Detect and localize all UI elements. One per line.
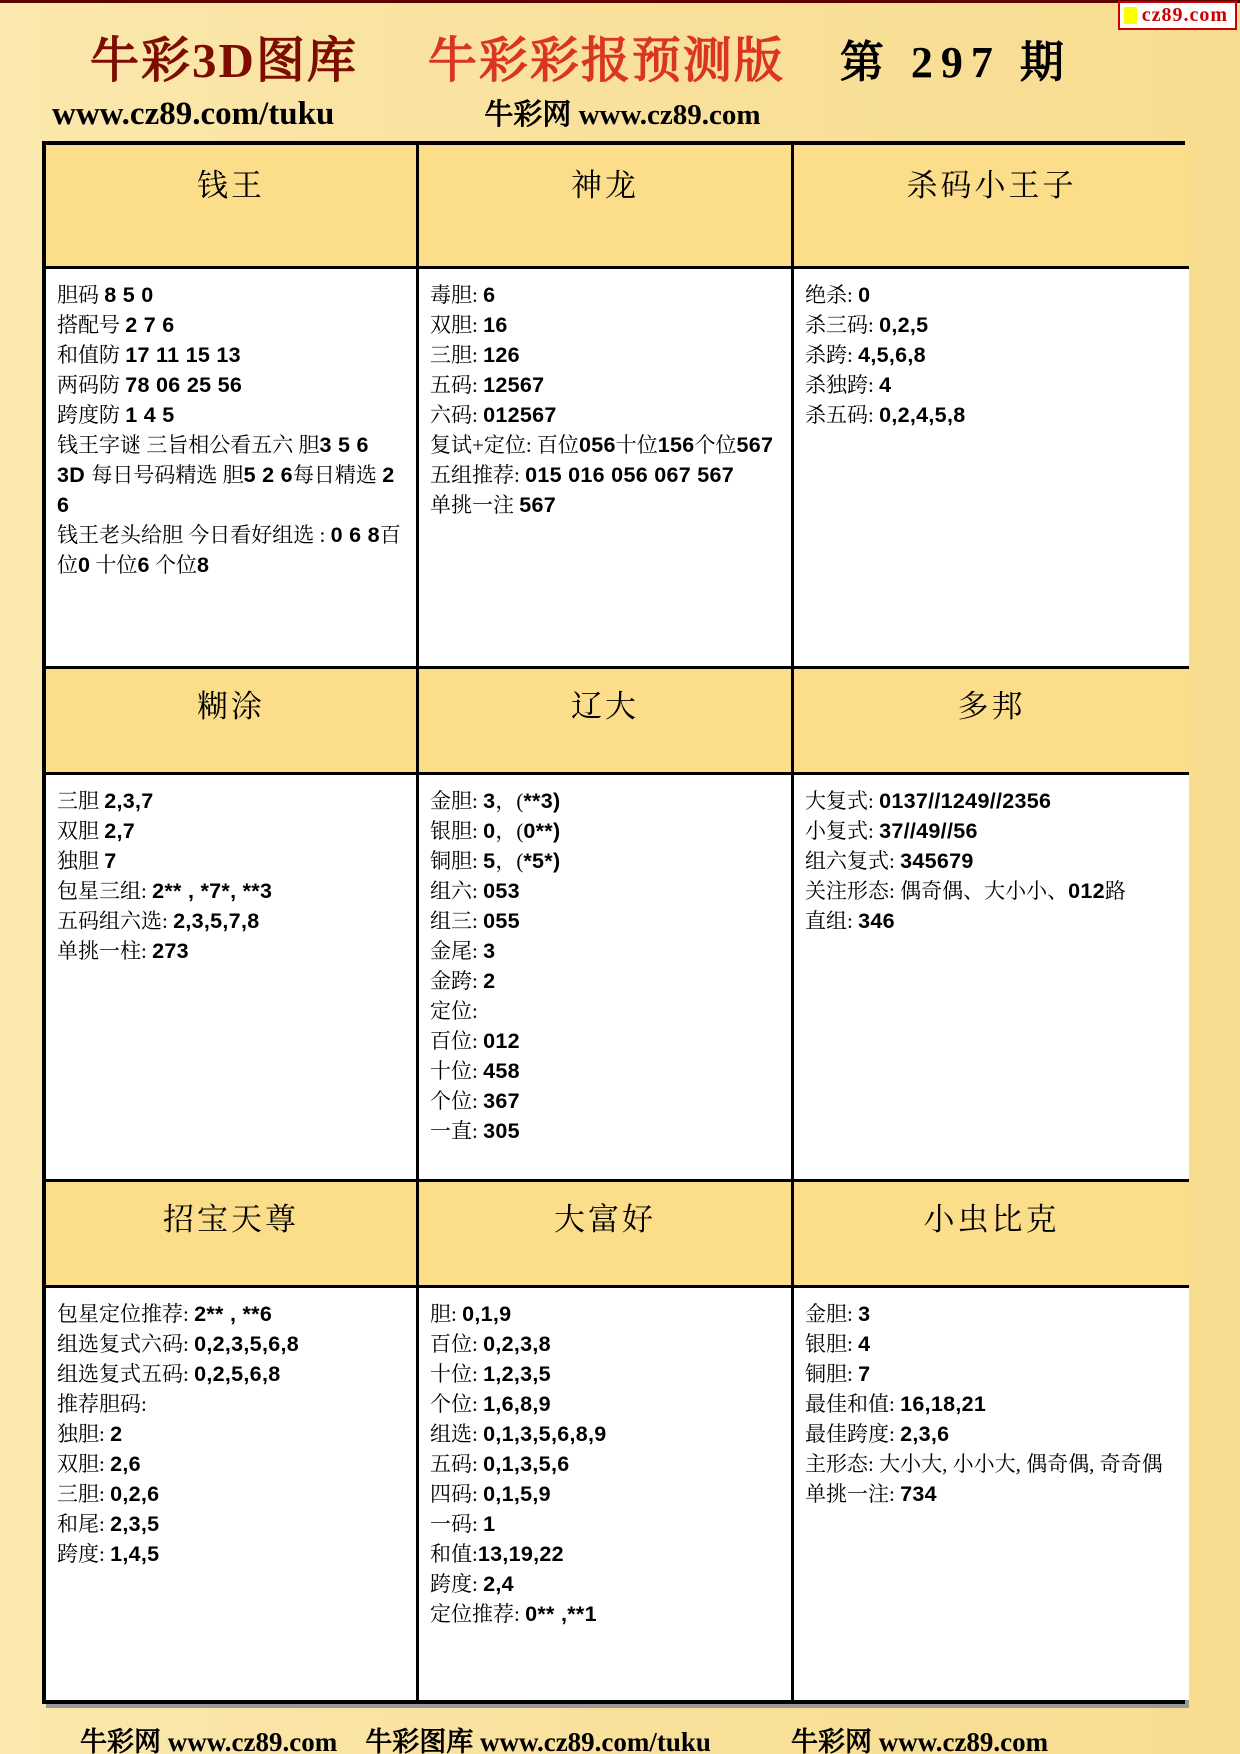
prediction-value: 346 [858, 909, 895, 933]
prediction-line: 胆码 8 5 0 [57, 280, 408, 310]
section-body: 毒胆: 6双胆: 16三胆: 126五码: 12567六码: 012567复试+… [419, 269, 791, 666]
prediction-label: 跨度: [57, 1542, 110, 1566]
prediction-value: 0 6 8 [331, 523, 380, 547]
badge-square-icon [1124, 7, 1137, 24]
prediction-label: 杀五码: [805, 403, 879, 427]
prediction-label: 四码: [430, 1482, 483, 1506]
prediction-label: 组六复式: [805, 849, 900, 873]
prediction-line: 最佳和值: 16,18,21 [805, 1389, 1181, 1419]
prediction-line: 组选复式五码: 0,2,5,6,8 [57, 1359, 408, 1389]
prediction-value: 0 [78, 553, 90, 577]
prediction-label: 银胆: [430, 819, 483, 843]
prediction-label: 杀三码: [805, 313, 879, 337]
prediction-value: 8 5 0 [104, 283, 153, 307]
prediction-value: 1 [483, 1512, 495, 1536]
prediction-line: 银胆: 4 [805, 1329, 1181, 1359]
prediction-line: 单挑一柱: 273 [57, 936, 408, 966]
prediction-line: 一码: 1 [430, 1509, 783, 1539]
prediction-value: 056 [579, 433, 616, 457]
prediction-label: 和尾: [57, 1512, 110, 1536]
section-body: 金胆: 3银胆: 4铜胆: 7最佳和值: 16,18,21最佳跨度: 2,3,6… [794, 1288, 1189, 1700]
prediction-value: 6 [138, 553, 150, 577]
section-shenlong: 神龙毒胆: 6双胆: 16三胆: 126五码: 12567六码: 012567复… [419, 145, 794, 669]
prediction-value: 0137//1249//2356 [879, 789, 1051, 813]
prediction-label: 推荐胆码: [57, 1392, 147, 1416]
prediction-line: 绝杀: 0 [805, 280, 1181, 310]
section-zhaobao-tianzun: 招宝天尊包星定位推荐: 2** , **6组选复式六码: 0,2,3,5,6,8… [46, 1182, 419, 1700]
prediction-label: 双胆 [57, 819, 104, 843]
prediction-label: 和值防 [57, 343, 125, 367]
prediction-label: 五码: [430, 1452, 483, 1476]
prediction-value: 78 06 25 56 [125, 373, 242, 397]
prediction-label: 十位: [430, 1362, 483, 1386]
tuku-url: www.cz89.com/tuku [52, 96, 334, 133]
prediction-value: 2,4 [483, 1572, 514, 1596]
prediction-value: 2,6 [110, 1452, 141, 1476]
prediction-label: 绝杀: [805, 283, 858, 307]
prediction-value: 8 [197, 553, 209, 577]
prediction-line: 铜胆: 5，(*5*) [430, 846, 783, 876]
prediction-value: 734 [900, 1482, 937, 1506]
prediction-value: *5*) [523, 849, 560, 873]
section-body: 金胆: 3，(**3)银胆: 0，(0**)铜胆: 5，(*5*)组六: 053… [419, 775, 791, 1179]
prediction-value: 305 [483, 1119, 520, 1143]
prediction-line: 四码: 0,1,5,9 [430, 1479, 783, 1509]
prediction-value: 0,2,3,5,6,8 [194, 1332, 299, 1356]
prediction-label: 大复式: [805, 789, 879, 813]
prediction-line: 金跨: 2 [430, 966, 783, 996]
prediction-line: 直组: 346 [805, 906, 1181, 936]
prediction-line: 金胆: 3 [805, 1299, 1181, 1329]
prediction-label: 组六: [430, 879, 483, 903]
prediction-label: 三胆 [57, 789, 104, 813]
section-body: 大复式: 0137//1249//2356小复式: 37//49//56组六复式… [794, 775, 1189, 1179]
section-header: 糊涂 [46, 669, 416, 775]
section-body: 三胆 2,3,7双胆 2,7独胆 7包星三组: 2** , *7*, **3五码… [46, 775, 416, 1179]
section-hutu: 糊涂三胆 2,3,7双胆 2,7独胆 7包星三组: 2** , *7*, **3… [46, 669, 419, 1182]
prediction-line: 3D 每日号码精选 胆5 2 6每日精选 2 6 [57, 460, 408, 520]
prediction-label: 双胆: [57, 1452, 110, 1476]
prediction-label: 个位 [695, 433, 737, 457]
footer-link-2: 牛彩图库 www.cz89.com/tuku [365, 1720, 711, 1754]
section-title: 神龙 [571, 168, 639, 203]
prediction-value: 0,2,5,6,8 [194, 1362, 280, 1386]
prediction-line: 包星定位推荐: 2** , **6 [57, 1299, 408, 1329]
prediction-value: 273 [152, 939, 189, 963]
prediction-line: 五码组六选: 2,3,5,7,8 [57, 906, 408, 936]
prediction-line: 金胆: 3，(**3) [430, 786, 783, 816]
prediction-label: 两码防 [57, 373, 125, 397]
prediction-line: 三胆 2,3,7 [57, 786, 408, 816]
section-title: 大富好 [554, 1202, 656, 1237]
prediction-label: 个位 [150, 553, 197, 577]
prediction-line: 跨度: 1,4,5 [57, 1539, 408, 1569]
subtitle-row: www.cz89.com/tuku 牛彩网 www.cz89.com [52, 92, 1240, 133]
prediction-label: 金胆: [805, 1302, 858, 1326]
prediction-label: 最佳跨度: [805, 1422, 900, 1446]
prediction-value: 0,2,4,5,8 [879, 403, 965, 427]
prediction-label: 五码组六选: [57, 909, 173, 933]
section-title: 钱王 [197, 168, 265, 203]
prediction-line: 定位推荐: 0** ,**1 [430, 1599, 783, 1629]
prediction-line: 三胆: 0,2,6 [57, 1479, 408, 1509]
prediction-value: 1,2,3,5 [483, 1362, 551, 1386]
site-url: 牛彩网 www.cz89.com [484, 92, 760, 133]
prediction-line: 组六: 053 [430, 876, 783, 906]
prediction-line: 铜胆: 7 [805, 1359, 1181, 1389]
prediction-value: 3 [483, 789, 495, 813]
prediction-value: 2 [110, 1422, 122, 1446]
page-header: 牛彩3D图库 牛彩彩报预测版 第 297 期 www.cz89.com/tuku… [0, 0, 1240, 133]
prediction-value: 2** , *7*, **3 [152, 879, 272, 903]
prediction-line: 和尾: 2,3,5 [57, 1509, 408, 1539]
prediction-line: 杀三码: 0,2,5 [805, 310, 1181, 340]
prediction-label: 十位 [616, 433, 658, 457]
prediction-value: 6 [483, 283, 495, 307]
prediction-value: 015 016 056 067 567 [525, 463, 734, 487]
prediction-label: 组三: [430, 909, 483, 933]
prediction-label: 五组推荐: [430, 463, 525, 487]
prediction-line: 杀独跨: 4 [805, 370, 1181, 400]
prediction-label: 和值: [430, 1542, 478, 1566]
prediction-value: 012 [483, 1029, 520, 1053]
site-title: 牛彩3D图库 [90, 22, 358, 92]
prediction-value: 17 11 15 13 [125, 343, 241, 367]
prediction-label: 包星三组: [57, 879, 152, 903]
prediction-value: 367 [483, 1089, 520, 1113]
prediction-label: 个位: [430, 1089, 483, 1113]
prediction-line: 个位: 367 [430, 1086, 783, 1116]
prediction-line: 复试+定位: 百位056十位156个位567 [430, 430, 783, 460]
prediction-line: 个位: 1,6,8,9 [430, 1389, 783, 1419]
prediction-line: 小复式: 37//49//56 [805, 816, 1181, 846]
prediction-label: ，( [495, 789, 523, 813]
title-row: 牛彩3D图库 牛彩彩报预测版 第 297 期 [90, 22, 1240, 92]
prediction-line: 杀跨: 4,5,6,8 [805, 340, 1181, 370]
prediction-line: 组选: 0,1,3,5,6,8,9 [430, 1419, 783, 1449]
prediction-line: 主形态: 大小大, 小小大, 偶奇偶, 奇奇偶 [805, 1449, 1181, 1479]
prediction-line: 推荐胆码: [57, 1389, 408, 1419]
prediction-line: 十位: 1,2,3,5 [430, 1359, 783, 1389]
prediction-line: 五码: 12567 [430, 370, 783, 400]
prediction-value: 156 [658, 433, 695, 457]
prediction-label: 一码: [430, 1512, 483, 1536]
section-header: 辽大 [419, 669, 791, 775]
prediction-label: 金跨: [430, 969, 483, 993]
prediction-value: 1,4,5 [110, 1542, 159, 1566]
prediction-label: 六码: [430, 403, 483, 427]
section-xiaochong-bike: 小虫比克金胆: 3银胆: 4铜胆: 7最佳和值: 16,18,21最佳跨度: 2… [794, 1182, 1189, 1700]
prediction-label: ，( [495, 849, 523, 873]
prediction-line: 大复式: 0137//1249//2356 [805, 786, 1181, 816]
prediction-label: 银胆: [805, 1332, 858, 1356]
prediction-label: 直组: [805, 909, 858, 933]
prediction-value: 3 5 6 [320, 433, 369, 457]
section-header: 钱王 [46, 145, 416, 269]
prediction-line: 钱王字谜 三旨相公看五六 胆3 5 6 [57, 430, 408, 460]
prediction-line: 最佳跨度: 2,3,6 [805, 1419, 1181, 1449]
section-title: 辽大 [571, 689, 639, 724]
prediction-line: 三胆: 126 [430, 340, 783, 370]
prediction-line: 组选复式六码: 0,2,3,5,6,8 [57, 1329, 408, 1359]
prediction-line: 胆: 0,1,9 [430, 1299, 783, 1329]
section-title: 招宝天尊 [163, 1202, 299, 1237]
prediction-label: 十位: [430, 1059, 483, 1083]
prediction-value: 16,18,21 [900, 1392, 986, 1416]
prediction-value: 13,19,22 [478, 1542, 564, 1566]
prediction-label: 最佳和值: [805, 1392, 900, 1416]
prediction-label: 组选: [430, 1422, 483, 1446]
prediction-value: 37//49//56 [879, 819, 978, 843]
prediction-label: 金尾: [430, 939, 483, 963]
prediction-line: 毒胆: 6 [430, 280, 783, 310]
prediction-label: 铜胆: [805, 1362, 858, 1386]
prediction-grid: 钱王胆码 8 5 0搭配号 2 7 6和值防 17 11 15 13两码防 78… [42, 141, 1185, 1704]
prediction-value: 4 [879, 373, 891, 397]
prediction-label: 胆: [430, 1302, 462, 1326]
section-header: 招宝天尊 [46, 1182, 416, 1288]
prediction-line: 十位: 458 [430, 1056, 783, 1086]
section-header: 小虫比克 [794, 1182, 1189, 1288]
prediction-line: 独胆: 2 [57, 1419, 408, 1449]
prediction-line: 两码防 78 06 25 56 [57, 370, 408, 400]
section-body: 包星定位推荐: 2** , **6组选复式六码: 0,2,3,5,6,8组选复式… [46, 1288, 416, 1700]
prediction-label: 杀跨: [805, 343, 858, 367]
prediction-value: 458 [483, 1059, 520, 1083]
corner-badge[interactable]: cz89.com [1118, 1, 1237, 30]
prediction-value: 1,6,8,9 [483, 1392, 551, 1416]
prediction-value: 0,2,3,8 [483, 1332, 551, 1356]
prediction-value: 0,2,6 [110, 1482, 159, 1506]
prediction-line: 跨度防 1 4 5 [57, 400, 408, 430]
prediction-label: 每日号码精选 胆 [91, 463, 243, 487]
prediction-value: 053 [483, 879, 520, 903]
footer-link-3: 牛彩网 www.cz89.com [791, 1720, 1048, 1754]
prediction-line: 六码: 012567 [430, 400, 783, 430]
prediction-line: 百位: 012 [430, 1026, 783, 1056]
footer-link-1: 牛彩网 www.cz89.com [80, 1720, 337, 1754]
section-header: 杀码小王子 [794, 145, 1189, 269]
section-body: 胆: 0,1,9百位: 0,2,3,8十位: 1,2,3,5个位: 1,6,8,… [419, 1288, 791, 1700]
prediction-value: 1 4 5 [125, 403, 174, 427]
prediction-value: 012567 [483, 403, 557, 427]
report-title: 牛彩彩报预测版 [428, 22, 785, 92]
prediction-label: 定位: [430, 999, 478, 1023]
corner-badge-link: cz89.com [1142, 4, 1228, 27]
top-border-line [0, 0, 1240, 3]
prediction-value: 0** ,**1 [525, 1602, 597, 1626]
prediction-line: 钱王老头给胆 今日看好组选 : 0 6 8百位0 十位6 个位8 [57, 520, 408, 580]
prediction-label: 定位推荐: [430, 1602, 525, 1626]
prediction-value: 345679 [900, 849, 974, 873]
prediction-label: 主形态: 大小大, 小小大, 偶奇偶, 奇奇偶 [805, 1452, 1163, 1476]
prediction-line: 独胆 7 [57, 846, 408, 876]
prediction-value: 012 [1068, 879, 1105, 903]
prediction-label: 铜胆: [430, 849, 483, 873]
prediction-value: 4 [858, 1332, 870, 1356]
prediction-line: 定位: [430, 996, 783, 1026]
prediction-label: 单挑一注 [430, 493, 519, 517]
prediction-label: 关注形态: 偶奇偶、大小小、 [805, 879, 1068, 903]
prediction-label: 小复式: [805, 819, 879, 843]
prediction-label: 单挑一注: [805, 1482, 900, 1506]
prediction-label: 金胆: [430, 789, 483, 813]
prediction-value: 3 [858, 1302, 870, 1326]
prediction-line: 关注形态: 偶奇偶、大小小、012路 [805, 876, 1181, 906]
page-footer: 牛彩网 www.cz89.com 牛彩图库 www.cz89.com/tuku … [80, 1720, 1240, 1754]
section-shama-xiaowangzi: 杀码小王子绝杀: 0杀三码: 0,2,5杀跨: 4,5,6,8杀独跨: 4杀五码… [794, 145, 1189, 669]
section-title: 小虫比克 [924, 1202, 1060, 1237]
prediction-label: 百位: [430, 1332, 483, 1356]
prediction-value: 5 2 6 [244, 463, 293, 487]
prediction-line: 杀五码: 0,2,4,5,8 [805, 400, 1181, 430]
prediction-label: 一直: [430, 1119, 483, 1143]
prediction-label: 包星定位推荐: [57, 1302, 194, 1326]
prediction-label: 路 [1105, 879, 1126, 903]
prediction-line: 包星三组: 2** , *7*, **3 [57, 876, 408, 906]
prediction-value: 2 7 6 [125, 313, 174, 337]
prediction-line: 金尾: 3 [430, 936, 783, 966]
prediction-label: 跨度防 [57, 403, 125, 427]
prediction-value: 3D [57, 463, 91, 487]
prediction-label: ，( [495, 819, 523, 843]
issue-number: 第 297 期 [840, 26, 1072, 90]
prediction-line: 双胆: 2,6 [57, 1449, 408, 1479]
prediction-value: 0,1,3,5,6 [483, 1452, 569, 1476]
prediction-line: 跨度: 2,4 [430, 1569, 783, 1599]
prediction-label: 杀独跨: [805, 373, 879, 397]
prediction-label: 百位: [430, 1029, 483, 1053]
prediction-label: 独胆: [57, 1422, 110, 1446]
prediction-label: 独胆 [57, 849, 104, 873]
prediction-value: **3) [523, 789, 560, 813]
prediction-line: 和值防 17 11 15 13 [57, 340, 408, 370]
section-title: 杀码小王子 [907, 168, 1077, 203]
prediction-value: 7 [858, 1362, 870, 1386]
prediction-line: 双胆 2,7 [57, 816, 408, 846]
prediction-label: 十位 [90, 553, 137, 577]
prediction-line: 组六复式: 345679 [805, 846, 1181, 876]
prediction-value: 3 [483, 939, 495, 963]
section-header: 神龙 [419, 145, 791, 269]
section-qianwang: 钱王胆码 8 5 0搭配号 2 7 6和值防 17 11 15 13两码防 78… [46, 145, 419, 669]
prediction-value: 0**) [523, 819, 560, 843]
prediction-label: 每日精选 [293, 463, 382, 487]
prediction-line: 一直: 305 [430, 1116, 783, 1146]
prediction-value: 2 [483, 969, 495, 993]
prediction-value: 16 [483, 313, 508, 337]
section-title: 糊涂 [197, 689, 265, 724]
section-liaoda: 辽大金胆: 3，(**3)银胆: 0，(0**)铜胆: 5，(*5*)组六: 0… [419, 669, 794, 1182]
prediction-value: 2,7 [104, 819, 135, 843]
prediction-value: 0,1,9 [462, 1302, 511, 1326]
prediction-value: 5 [483, 849, 495, 873]
prediction-line: 五码: 0,1,3,5,6 [430, 1449, 783, 1479]
prediction-value: 567 [737, 433, 774, 457]
prediction-value: 7 [104, 849, 116, 873]
prediction-value: 4,5,6,8 [858, 343, 926, 367]
prediction-label: 跨度: [430, 1572, 483, 1596]
prediction-label: 双胆: [430, 313, 483, 337]
prediction-line: 和值:13,19,22 [430, 1539, 783, 1569]
section-header: 多邦 [794, 669, 1189, 775]
prediction-line: 百位: 0,2,3,8 [430, 1329, 783, 1359]
section-title: 多邦 [958, 689, 1026, 724]
prediction-line: 单挑一注: 734 [805, 1479, 1181, 1509]
prediction-value: 0,1,3,5,6,8,9 [483, 1422, 606, 1446]
prediction-label: 单挑一柱: [57, 939, 152, 963]
prediction-line: 单挑一注 567 [430, 490, 783, 520]
section-dafuhao: 大富好胆: 0,1,9百位: 0,2,3,8十位: 1,2,3,5个位: 1,6… [419, 1182, 794, 1700]
prediction-label: 组选复式五码: [57, 1362, 194, 1386]
section-body: 绝杀: 0杀三码: 0,2,5杀跨: 4,5,6,8杀独跨: 4杀五码: 0,2… [794, 269, 1189, 666]
prediction-value: 055 [483, 909, 520, 933]
prediction-value: 12567 [483, 373, 544, 397]
section-header: 大富好 [419, 1182, 791, 1288]
prediction-label: 胆码 [57, 283, 104, 307]
prediction-label: 个位: [430, 1392, 483, 1416]
prediction-value: 2,3,7 [104, 789, 153, 813]
prediction-label: 三胆: [430, 343, 483, 367]
prediction-line: 双胆: 16 [430, 310, 783, 340]
prediction-value: 0 [483, 819, 495, 843]
prediction-value: 567 [519, 493, 556, 517]
prediction-line: 五组推荐: 015 016 056 067 567 [430, 460, 783, 490]
prediction-value: 2** , **6 [194, 1302, 272, 1326]
prediction-value: 2,3,5,7,8 [173, 909, 259, 933]
prediction-line: 搭配号 2 7 6 [57, 310, 408, 340]
prediction-label: 搭配号 [57, 313, 125, 337]
prediction-label: 钱王老头给胆 今日看好组选 : [57, 523, 331, 547]
prediction-value: 0 [858, 283, 870, 307]
prediction-label: 组选复式六码: [57, 1332, 194, 1356]
prediction-label: 毒胆: [430, 283, 483, 307]
prediction-value: 0,2,5 [879, 313, 928, 337]
prediction-label: 五码: [430, 373, 483, 397]
section-duobang: 多邦大复式: 0137//1249//2356小复式: 37//49//56组六… [794, 669, 1189, 1182]
section-body: 胆码 8 5 0搭配号 2 7 6和值防 17 11 15 13两码防 78 0… [46, 269, 416, 666]
prediction-value: 126 [483, 343, 520, 367]
prediction-label: 钱王字谜 三旨相公看五六 胆 [57, 433, 320, 457]
prediction-label: 三胆: [57, 1482, 110, 1506]
prediction-value: 0,1,5,9 [483, 1482, 551, 1506]
prediction-line: 组三: 055 [430, 906, 783, 936]
prediction-label: 复试+定位: 百位 [430, 433, 579, 457]
prediction-line: 银胆: 0，(0**) [430, 816, 783, 846]
prediction-value: 2,3,6 [900, 1422, 949, 1446]
prediction-value: 2,3,5 [110, 1512, 159, 1536]
